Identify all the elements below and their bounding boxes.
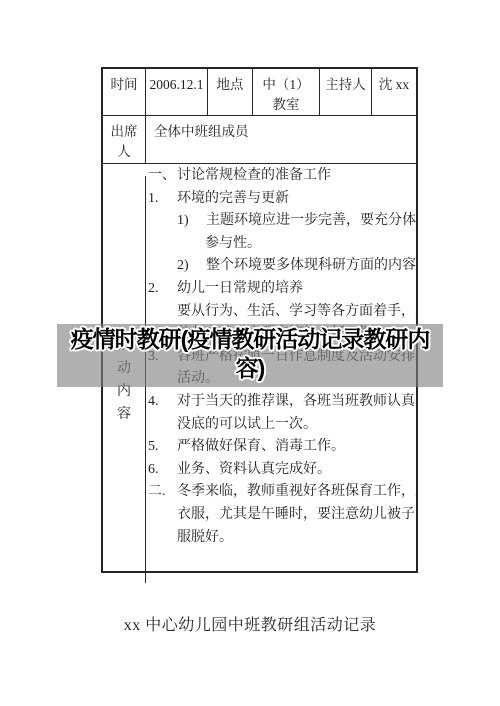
content-line: 没底的可以试上一次。 — [177, 414, 412, 437]
content-line: 1)主题环境应进一步完善，要充分体现幼儿的 — [177, 210, 412, 233]
line-marker: 4. — [148, 391, 177, 414]
line-text: 主题环境应进一步完善，要充分体现幼儿的 — [206, 210, 416, 233]
line-text: 讨论常规检查的准备工作 — [177, 165, 331, 188]
line-text: 环境的完善与更新 — [177, 188, 289, 211]
content-line: 一、讨论常规检查的准备工作 — [148, 165, 412, 188]
line-text: 要从行为、生活、学习等各方面着手，重点培养 — [177, 301, 416, 324]
line-text: 衣服，尤其是午睡时，要注意幼儿被子盖好，衣 — [177, 504, 416, 527]
attendees-row: 出席人 全体中班组成员 — [103, 116, 416, 164]
content-line: 4.对于当天的推荐课，各班当班教师认真备好教案， — [148, 391, 412, 414]
content-label-char: 容 — [117, 403, 131, 426]
content-line: 2)整个环境要多体现科研方面的内容。 — [177, 255, 412, 278]
line-text: 对于当天的推荐课，各班当班教师认真备好教案， — [177, 391, 416, 414]
line-text: 参与性。 — [205, 233, 261, 256]
content-line: 参与性。 — [205, 233, 412, 256]
line-text: 业务、资料认真完成好。 — [177, 459, 331, 482]
line-marker: 1) — [177, 210, 206, 233]
content-line: 服脱好。 — [177, 527, 412, 550]
line-text: 幼儿一日常规的培养 — [177, 278, 303, 301]
line-marker: 5. — [148, 436, 177, 459]
host-label-cell: 主持人 — [320, 69, 372, 115]
line-marker: 2) — [177, 255, 206, 278]
line-text: 没底的可以试上一次。 — [177, 414, 317, 437]
content-line: 5.严格做好保育、消毒工作。 — [148, 436, 412, 459]
content-line: 6.业务、资料认真完成好。 — [148, 459, 412, 482]
line-text: 严格做好保育、消毒工作。 — [177, 436, 345, 459]
line-text: 冬季来临，教师重视好各班保育工作，及时增添 — [177, 481, 416, 504]
place-label-cell: 地点 — [208, 69, 253, 115]
footer-caption: xx 中心幼儿园中班教研组活动记录 — [0, 612, 500, 635]
line-marker: 2. — [148, 278, 177, 301]
host-value-cell: 沈 xx — [372, 69, 416, 115]
overlay-banner: 疫情时教研(疫情教研活动记录教研内 容) — [57, 324, 443, 387]
content-line: 衣服，尤其是午睡时，要注意幼儿被子盖好，衣 — [177, 504, 412, 527]
place-value-cell: 中（1）教室 — [253, 69, 320, 115]
time-value-cell: 2006.12.1 — [146, 69, 208, 115]
content-line: 1.环境的完善与更新 — [148, 188, 412, 211]
line-marker: 一、 — [148, 165, 177, 188]
line-marker: 1. — [148, 188, 177, 211]
line-text: 整个环境要多体现科研方面的内容。 — [206, 255, 416, 278]
attendees-value-cell: 全体中班组成员 — [146, 116, 416, 163]
overlay-title-line2: 容) — [57, 354, 443, 383]
content-line: 2.幼儿一日常规的培养 — [148, 278, 412, 301]
table-header-row: 时间 2006.12.1 地点 中（1）教室 主持人 沈 xx — [103, 69, 416, 116]
overlay-title-line1: 疫情时教研(疫情教研活动记录教研内 — [57, 325, 443, 354]
attendees-label-cell: 出席人 — [103, 116, 146, 163]
line-text: 服脱好。 — [177, 527, 233, 550]
content-line: 要从行为、生活、学习等各方面着手，重点培养 — [177, 301, 412, 324]
activity-record-table: 时间 2006.12.1 地点 中（1）教室 主持人 沈 xx 出席人 全体中班… — [101, 67, 418, 573]
time-label-cell: 时间 — [103, 69, 146, 115]
document-page: 时间 2006.12.1 地点 中（1）教室 主持人 沈 xx 出席人 全体中班… — [0, 0, 500, 706]
content-line: 二.冬季来临，教师重视好各班保育工作，及时增添 — [148, 481, 412, 504]
line-marker: 二. — [148, 481, 177, 504]
line-marker: 6. — [148, 459, 177, 482]
